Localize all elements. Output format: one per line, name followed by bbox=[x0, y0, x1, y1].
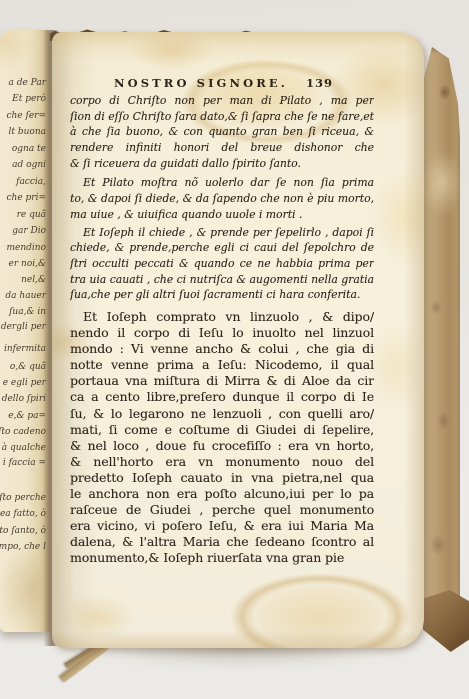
text-line: ſu, & lo legarono ne lenzuoli , con quel… bbox=[70, 406, 374, 422]
text-line: Et Ioſeph il chiede , & prende per ſepel… bbox=[70, 225, 374, 241]
left-page-text-fragment: mendino bbox=[6, 243, 46, 254]
text-line: à che ſia buono, & con quanto gran ben ſ… bbox=[70, 124, 374, 140]
text-line: mondo : Vi venne ancho & colui , che gia… bbox=[70, 341, 374, 357]
text-line: mati, ſi come e coſtume di Giudei di ſep… bbox=[70, 422, 374, 438]
left-page-text-fragment: infermita bbox=[4, 344, 46, 355]
text-line: to, & dapoi ſi diede, & da ſapendo che n… bbox=[70, 191, 374, 207]
left-page-text-fragment: e,& pa= bbox=[8, 411, 46, 422]
left-page-text-fragment: ogna te bbox=[12, 144, 46, 155]
left-page-text-fragment: i faccia = bbox=[3, 458, 46, 469]
text-line: Et Ioſeph comprato vn linzuolo , & dipo/ bbox=[70, 309, 374, 325]
left-page-text-fragment: ſto cadeno bbox=[0, 427, 46, 438]
text-line: ma uiue , & uiuifica quando uuole i mort… bbox=[70, 207, 374, 223]
left-page-text-fragment: a de Par bbox=[9, 78, 47, 89]
text-line: era vicino, vi poſero Ieſu, & era iui Ma… bbox=[70, 518, 374, 534]
text-line: chiede, & prende,perche egli ci caui del… bbox=[70, 240, 374, 256]
text-line: raſceue de Giudei , perche quel monument… bbox=[70, 502, 374, 518]
left-page-text-fragment: da hauer bbox=[5, 291, 46, 302]
left-page-text-fragment: che ſer= bbox=[6, 111, 46, 122]
text-line: ſua,che per gli altri ſuoi ſacramenti ci… bbox=[70, 287, 374, 303]
left-page-text-fragment: faccia, bbox=[16, 177, 46, 188]
left-page-text-fragment: ſto perche bbox=[0, 493, 46, 504]
left-page-text-fragment: ito ſanto, ò bbox=[0, 526, 46, 537]
text-line: le anchora non era poſto alcuno,iui per … bbox=[70, 486, 374, 502]
text-line: predetto Ioſeph cauato in vna pietra,nel… bbox=[70, 470, 374, 486]
text-line: portaua vna miſtura di Mirra & di Aloe d… bbox=[70, 373, 374, 389]
text-line: ca a cento libre,preſero dunque il corpo… bbox=[70, 389, 374, 405]
left-page-text-fragment: empo, che l bbox=[0, 542, 46, 553]
left-page-text-fragment: ad ogni bbox=[12, 160, 46, 171]
page-text-block: NOSTRO SIGNORE. 139 corpo di Chriſto non… bbox=[70, 76, 374, 566]
page-number: 139 bbox=[306, 76, 333, 90]
left-page-text-fragment: dergli per bbox=[1, 322, 46, 333]
text-line: Et Pilato moſtra nõ uolerlo dar ſe non ſ… bbox=[70, 175, 374, 191]
left-page-text-fragment: e egli per bbox=[3, 378, 46, 389]
left-page-text-fragment: Et però bbox=[12, 94, 46, 105]
left-page-text-fragment: ſua,& in bbox=[9, 307, 46, 318]
page-header: NOSTRO SIGNORE. 139 bbox=[70, 76, 374, 93]
text-line: tra uia cauati , che ci nutriſca & augom… bbox=[70, 272, 374, 288]
left-page-text-fragment: uea fatto, ò bbox=[0, 509, 46, 520]
photo-of-open-book: a de ParEt peròche ſer=lt buonaogna tead… bbox=[0, 0, 469, 699]
left-page-text-fragment: er noi,& bbox=[9, 259, 46, 270]
text-line: dalena, & l'altra Maria che ſedeano ſcon… bbox=[70, 534, 374, 550]
right-page: NOSTRO SIGNORE. 139 corpo di Chriſto non… bbox=[52, 32, 424, 648]
text-line: & ſi riceuera da guidati dallo ſpirito ſ… bbox=[70, 156, 374, 172]
left-page-text-fragment: dello ſpiri bbox=[2, 394, 46, 405]
text-line: ſion di eſſo Chriſto ſara dato,& ſi ſapr… bbox=[70, 109, 374, 125]
text-line: notte venne prima a Ieſu: Nicodemo, il q… bbox=[70, 357, 374, 373]
left-page-text-fragment: o,& quã bbox=[10, 362, 46, 373]
text-line: monumento,& Ioſeph riuerſata vna gran pi… bbox=[70, 550, 374, 566]
left-page-text-fragment: à qualche bbox=[2, 443, 46, 454]
italic-text-section: corpo di Chriſto non per man di Pilato ,… bbox=[70, 93, 374, 303]
left-page-text-fragment: che pri= bbox=[6, 193, 46, 204]
text-line: corpo di Chriſto non per man di Pilato ,… bbox=[70, 93, 374, 109]
roman-text-section: Et Ioſeph comprato vn linzuolo , & dipo/… bbox=[70, 309, 374, 567]
text-line: rendere infiniti honori del breue dishon… bbox=[70, 140, 374, 156]
text-line: & nel loco , doue fu crocefiſſo : era vn… bbox=[70, 438, 374, 454]
text-line: ſtri occulti peccati & quando ce ne habb… bbox=[70, 256, 374, 272]
vellum-cover-edge bbox=[420, 47, 460, 613]
left-page-text-fragment: re quã bbox=[17, 210, 46, 221]
left-page-text-fragment: gar Dio bbox=[12, 226, 46, 237]
running-title: NOSTRO SIGNORE. bbox=[114, 76, 288, 90]
left-page-text-fragment: lt buona bbox=[9, 127, 47, 138]
text-line: & nell'horto era vn monumento nouo del bbox=[70, 454, 374, 470]
text-line: nendo il corpo di Ieſu lo inuolto nel li… bbox=[70, 325, 374, 341]
